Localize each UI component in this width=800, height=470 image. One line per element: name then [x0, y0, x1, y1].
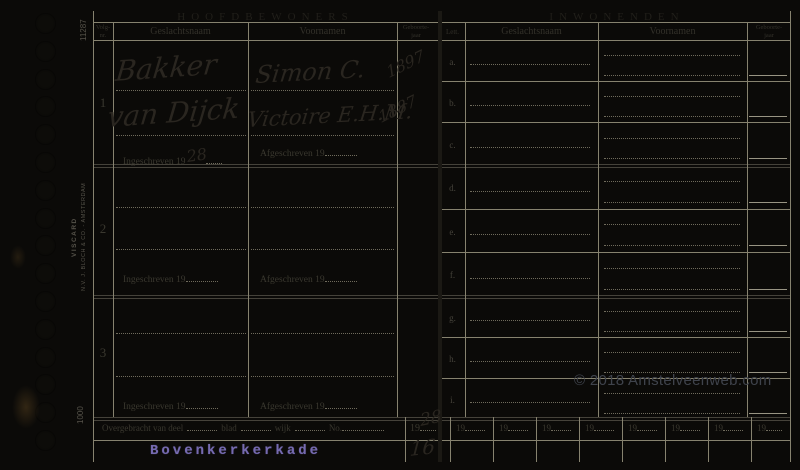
- year-line: [749, 116, 787, 117]
- entry-line: [604, 352, 740, 353]
- punch-hole: [35, 319, 56, 340]
- fill-in-dots: [186, 275, 218, 282]
- footer-cell-line: [622, 417, 623, 462]
- geslachtsnaam-header-right: Geslachtsnaam: [465, 26, 598, 37]
- entry-line: [116, 333, 246, 334]
- fill-in-dots: [241, 424, 271, 431]
- afgeschreven-label: Afgeschreven 19: [260, 275, 325, 285]
- entry-line: [604, 413, 740, 414]
- entry-line: [470, 361, 590, 362]
- entry-line: [251, 135, 394, 136]
- entry-line: [604, 311, 740, 312]
- entry-line: [604, 224, 740, 225]
- ingeschreven-label: Ingeschreven 19: [123, 275, 186, 285]
- footer-cell-line: [493, 417, 494, 462]
- punch-hole: [35, 402, 56, 423]
- street-name-stamp: Bovenkerkerkade: [150, 443, 321, 459]
- fill-in-dots: [508, 424, 528, 431]
- fill-in-dots: [342, 424, 384, 431]
- house-number-handwritten: 16: [409, 434, 436, 461]
- fill-in-dots: [680, 424, 700, 431]
- entry-line: [604, 202, 740, 203]
- fill-in-dots: [766, 424, 782, 431]
- blad-label: blad: [221, 423, 237, 433]
- watermark: © 2018 Amstelveenweb.com: [574, 372, 772, 389]
- punch-hole: [35, 180, 56, 201]
- afgeschreven-row: Afgeschreven 19: [260, 275, 357, 285]
- year-cell-label: 19: [757, 423, 766, 433]
- year-line: [749, 289, 787, 290]
- afgeschreven-row: Afgeschreven 19: [260, 149, 357, 159]
- punch-hole-column: [35, 13, 56, 451]
- year-line: [749, 413, 787, 414]
- year-cell-label: 19: [714, 423, 723, 433]
- row-letter: f.: [440, 270, 465, 280]
- entry2-geslachtsnaam-handwritten: van Dijck: [106, 91, 241, 134]
- fill-in-dots: [551, 424, 571, 431]
- row-letter: i.: [440, 395, 465, 405]
- geboortejaar-header-right: Geboorte- jaar: [747, 24, 791, 40]
- row-line: [442, 81, 790, 82]
- year-line: [749, 331, 787, 332]
- punch-hole: [35, 263, 56, 284]
- footer-cell-line: [665, 417, 666, 462]
- entry-line: [251, 207, 394, 208]
- entry-line: [251, 333, 394, 334]
- entry-line: [116, 207, 246, 208]
- entry-line: [251, 249, 394, 250]
- entry-line: [251, 90, 394, 91]
- geslachtsnaam-header-left: Geslachtsnaam: [113, 26, 248, 37]
- row-line: [442, 337, 790, 338]
- entry-line: [116, 135, 246, 136]
- year-cell: 19: [585, 423, 614, 433]
- punch-hole: [35, 69, 56, 90]
- voornamen-header-left: Voornamen: [248, 26, 397, 37]
- entry-line: [604, 393, 740, 394]
- grid-line: [93, 40, 791, 41]
- entry-line: [116, 249, 246, 250]
- year-cell-label: 19: [456, 423, 465, 433]
- ingeschreven-row: Ingeschreven 1928: [123, 149, 222, 168]
- voornamen-header-right: Voornamen: [598, 26, 747, 37]
- row-line: [442, 209, 790, 210]
- row-letter: b.: [440, 98, 465, 108]
- year-cell: 19: [628, 423, 657, 433]
- entry-line: [604, 75, 740, 76]
- entry-line: [470, 147, 590, 148]
- entry-line: [470, 64, 590, 65]
- row-letter: h.: [440, 354, 465, 364]
- registration-card: 11287 VISCARD N.V. J. BLOCH & CO. - AMST…: [10, 9, 794, 463]
- fill-in-dots: [723, 424, 743, 431]
- year-cell-label: 19: [628, 423, 637, 433]
- geboortejaar-header-line2: jaar: [397, 32, 435, 40]
- table-right-edge: [790, 11, 791, 462]
- vendor-address-vertical: N.V. J. BLOCH & CO. - AMSTERDAM: [81, 172, 87, 302]
- row-letter: g.: [440, 313, 465, 323]
- punch-hole: [35, 41, 56, 62]
- entry-line: [604, 55, 740, 56]
- ingeschreven-row: Ingeschreven 19: [123, 275, 218, 285]
- afgeschreven-label: Afgeschreven 19: [260, 402, 325, 412]
- geboortejaar-header-left: Geboorte- jaar: [397, 24, 435, 40]
- geboortejaar-header-line2: jaar: [747, 32, 791, 40]
- serial-number-top: 11287: [79, 14, 88, 46]
- year-cell: 19: [671, 423, 700, 433]
- scanned-photo: 11287 VISCARD N.V. J. BLOCH & CO. - AMST…: [0, 0, 800, 470]
- punch-hole: [35, 124, 56, 145]
- group-number: 3: [93, 345, 113, 361]
- lett-header: Lett.: [440, 28, 465, 36]
- geboortejaar-header-line1: Geboorte-: [747, 24, 791, 32]
- entry-line: [604, 158, 740, 159]
- group-number: 2: [93, 221, 113, 237]
- year-line: [749, 245, 787, 246]
- year-cell-label: 19: [499, 423, 508, 433]
- paper-stain: [10, 245, 26, 269]
- row-line: [442, 122, 790, 123]
- entry-line: [470, 402, 590, 403]
- entry-line: [470, 191, 590, 192]
- entry-line: [116, 90, 246, 91]
- ingeschreven-label: Ingeschreven 19: [123, 157, 186, 167]
- entry-line: [470, 105, 590, 106]
- fill-in-dots: [637, 424, 657, 431]
- footer-cell-line: [708, 417, 709, 462]
- entry-line: [251, 376, 394, 377]
- footer-cell-line: [405, 417, 406, 462]
- punch-hole: [35, 235, 56, 256]
- volgnr-header: Volg- nr.: [93, 24, 113, 40]
- fill-in-dots: [325, 275, 357, 282]
- year-cell: 19: [757, 423, 782, 433]
- volgnr-header-line2: nr.: [93, 32, 113, 40]
- vendor-name-vertical: VISCARD: [71, 205, 78, 269]
- year-line: [749, 158, 787, 159]
- entry-line: [470, 320, 590, 321]
- entry1-geslachtsnaam-handwritten: Bakker: [114, 48, 218, 88]
- punch-hole: [35, 374, 56, 395]
- punch-hole: [35, 13, 56, 34]
- fill-in-dots: [325, 402, 357, 409]
- footer-cell-line: [579, 417, 580, 462]
- wijk-label: wijk: [275, 423, 291, 433]
- year-cell: 19: [499, 423, 528, 433]
- fill-in-dots: [295, 424, 325, 431]
- fill-in-dots: [186, 402, 218, 409]
- volgnr-header-line1: Volg-: [93, 24, 113, 32]
- fill-in-dots: [594, 424, 614, 431]
- row-letter: d.: [440, 183, 465, 193]
- entry-line: [604, 331, 740, 332]
- punch-hole: [35, 152, 56, 173]
- fill-in-dots: [325, 149, 357, 156]
- row-letter: c.: [440, 140, 465, 150]
- entry-line: [604, 138, 740, 139]
- afgeschreven-row: Afgeschreven 19: [260, 402, 357, 412]
- entry1-voornamen-handwritten: Simon C.: [254, 55, 367, 89]
- ingeschreven-row: Ingeschreven 19: [123, 402, 218, 412]
- row-line: [442, 252, 790, 253]
- row-letter: a.: [440, 57, 465, 67]
- geboortejaar-header-line1: Geboorte-: [397, 24, 435, 32]
- column-line: [248, 22, 249, 417]
- column-line: [397, 22, 398, 417]
- year-line: [749, 202, 787, 203]
- footer-cell-line: [751, 417, 752, 462]
- afgeschreven-label: Afgeschreven 19: [260, 149, 325, 159]
- entry1-geboortejaar-handwritten: 1897: [384, 46, 427, 82]
- entry-line: [604, 245, 740, 246]
- year-line: [749, 75, 787, 76]
- entry-line: [604, 289, 740, 290]
- row-letter: e.: [440, 227, 465, 237]
- entry-line: [470, 278, 590, 279]
- entry-line: [604, 116, 740, 117]
- ingeschreven-year-handwritten: 28: [185, 144, 208, 166]
- year-cell: 19: [456, 423, 485, 433]
- year-cell: 19: [542, 423, 571, 433]
- year-cell-label: 19: [542, 423, 551, 433]
- fill-in-dots: [187, 424, 217, 431]
- entry-line: [604, 181, 740, 182]
- year-cell: 19: [714, 423, 743, 433]
- entry-line: [604, 268, 740, 269]
- ingeschreven-label: Ingeschreven 19: [123, 402, 186, 412]
- entry-line: [470, 234, 590, 235]
- entry-line: [116, 376, 246, 377]
- entry-line: [604, 96, 740, 97]
- year-prefix: 19: [410, 423, 420, 434]
- punch-hole: [35, 291, 56, 312]
- footer-cell-line: [536, 417, 537, 462]
- punch-hole: [35, 96, 56, 117]
- fill-in-dots: [465, 424, 485, 431]
- overgebracht-label: Overgebracht van deel: [102, 423, 183, 433]
- punch-hole: [35, 347, 56, 368]
- year-cell-label: 19: [585, 423, 594, 433]
- grid-line: [93, 22, 791, 23]
- punch-hole: [35, 430, 56, 451]
- serial-number-bottom: 1000: [76, 401, 85, 429]
- group-divider: [93, 295, 791, 299]
- no-label: No.: [329, 423, 342, 433]
- grid-line: [93, 440, 791, 441]
- year-cell-label: 19: [671, 423, 680, 433]
- transfer-row: Overgebracht van deelbladwijkNo.: [102, 423, 384, 433]
- punch-hole: [35, 208, 56, 229]
- footer-cell-line: [450, 417, 451, 462]
